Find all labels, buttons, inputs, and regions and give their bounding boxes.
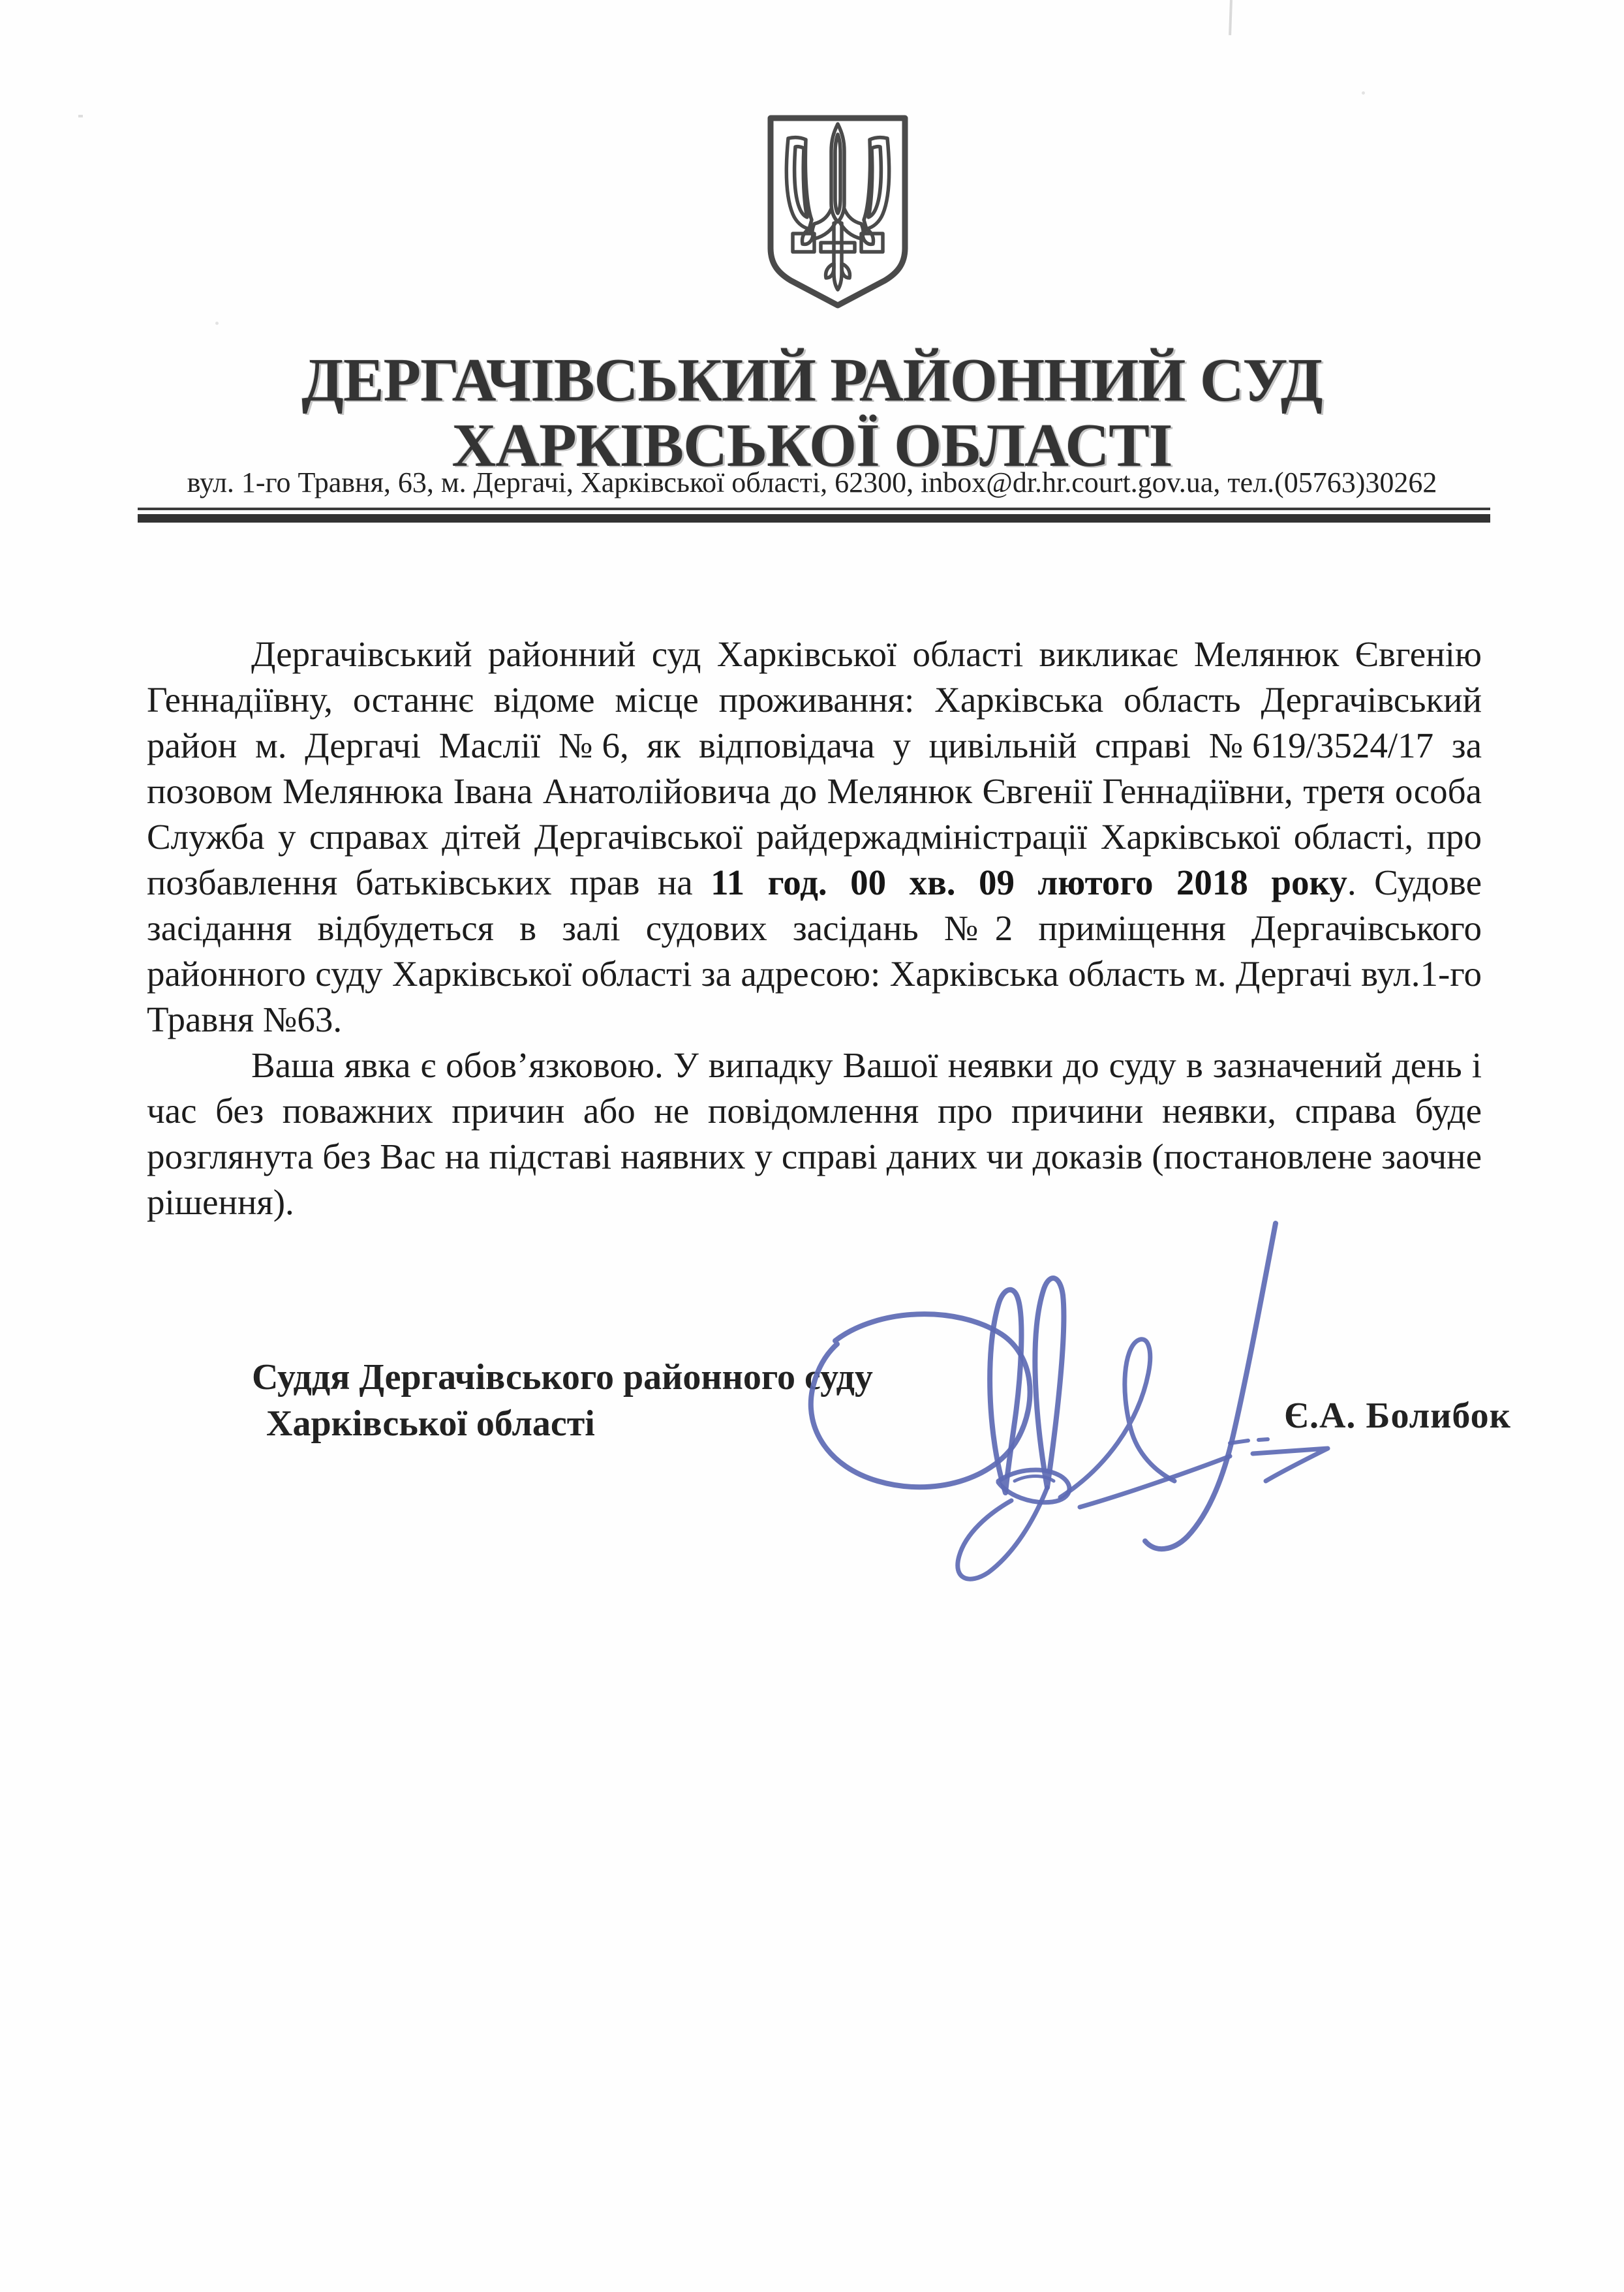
signature-strokes	[811, 1223, 1328, 1579]
summons-paragraph: Дергачівський районний суд Харківської о…	[147, 632, 1482, 1043]
court-name-heading: ДЕРГАЧІВСЬКИЙ РАЙОННИЙ СУД ХАРКІВСЬКОЇ О…	[0, 348, 1624, 478]
scan-artifact-mark	[1229, 0, 1233, 35]
header-divider-thick-line	[138, 514, 1490, 523]
scan-speck	[78, 115, 83, 117]
judge-name: Є.А. Болибок	[1284, 1395, 1511, 1437]
summons-body-text: Дергачівський районний суд Харківської о…	[147, 632, 1482, 1225]
scan-speck	[1362, 91, 1365, 95]
attendance-warning-paragraph: Ваша явка є обов’язковою. У випадку Вашо…	[147, 1043, 1482, 1225]
hearing-datetime: 11 год. 00 хв. 09 лютого 2018 року	[711, 863, 1347, 902]
scanned-court-summons-page: ДЕРГАЧІВСЬКИЙ РАЙОННИЙ СУД ХАРКІВСЬКОЇ О…	[0, 0, 1624, 2292]
ukraine-trident-emblem-icon	[765, 112, 911, 309]
court-name-line1: ДЕРГАЧІВСЬКИЙ РАЙОННИЙ СУД	[0, 348, 1624, 413]
header-divider-thin-line	[138, 508, 1490, 510]
handwritten-signature-icon	[773, 1207, 1341, 1598]
court-address-line: вул. 1-го Травня, 63, м. Дергачі, Харків…	[0, 466, 1624, 500]
scan-speck	[215, 322, 219, 325]
